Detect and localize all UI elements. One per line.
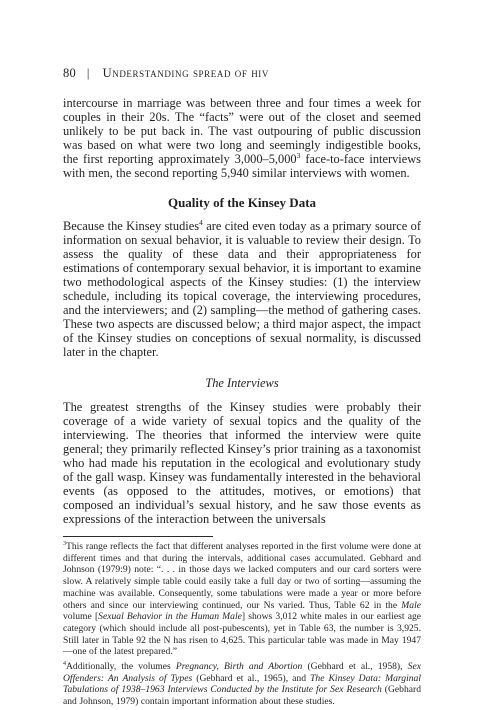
page-content: 80 | Understanding spread of hiv interco… <box>63 66 421 710</box>
subsection-heading-interviews: The Interviews <box>63 376 421 391</box>
footnote-3: 3This range reflects the fact that diffe… <box>63 541 421 658</box>
book-page: 80 | Understanding spread of hiv interco… <box>0 0 482 710</box>
footnote-rule <box>63 536 213 537</box>
running-head-separator: | <box>87 66 90 81</box>
running-head-title: Understanding spread of hiv <box>103 66 269 81</box>
paragraph-quality: Because the Kinsey studies4 are cited ev… <box>63 219 421 359</box>
footnote-4: 4Additionally, the volumes Pregnancy, Bi… <box>63 661 421 708</box>
page-number: 80 <box>63 66 76 81</box>
running-head: 80 | Understanding spread of hiv <box>63 66 421 81</box>
paragraph-interviews: The greatest strengths of the Kinsey stu… <box>63 400 421 526</box>
section-heading-quality: Quality of the Kinsey Data <box>63 195 421 211</box>
paragraph-intro: intercourse in marriage was between thre… <box>63 96 421 180</box>
